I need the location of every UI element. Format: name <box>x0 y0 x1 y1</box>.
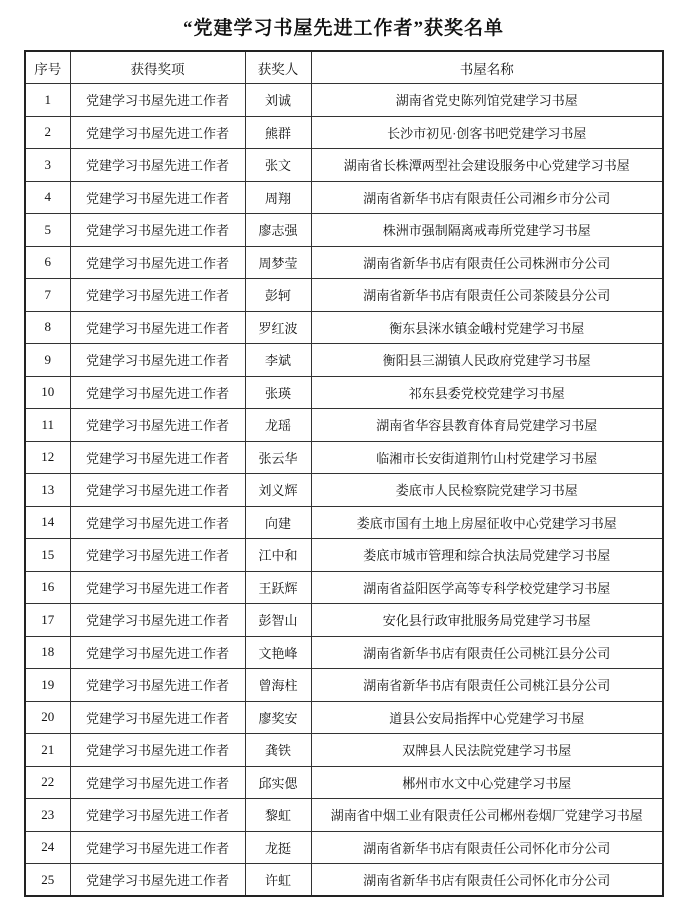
cell-award-name: 党建学习书屋先进工作者 <box>70 409 245 442</box>
cell-winner-name: 张云华 <box>245 441 311 474</box>
cell-award-name: 党建学习书屋先进工作者 <box>70 441 245 474</box>
cell-award-name: 党建学习书屋先进工作者 <box>70 474 245 507</box>
cell-row-index: 5 <box>25 214 70 247</box>
table-row: 14党建学习书屋先进工作者向建娄底市国有土地上房屋征收中心党建学习书屋 <box>25 506 663 539</box>
table-row: 12党建学习书屋先进工作者张云华临湘市长安街道荆竹山村党建学习书屋 <box>25 441 663 474</box>
cell-award-name: 党建学习书屋先进工作者 <box>70 864 245 897</box>
column-header-room-name: 书屋名称 <box>311 51 663 84</box>
table-row: 24党建学习书屋先进工作者龙挺湖南省新华书店有限责任公司怀化市分公司 <box>25 831 663 864</box>
cell-row-index: 2 <box>25 116 70 149</box>
cell-room-name: 郴州市水文中心党建学习书屋 <box>311 766 663 799</box>
cell-winner-name: 周翔 <box>245 181 311 214</box>
table-row: 10党建学习书屋先进工作者张瑛祁东县委党校党建学习书屋 <box>25 376 663 409</box>
cell-award-name: 党建学习书屋先进工作者 <box>70 376 245 409</box>
table-row: 22党建学习书屋先进工作者邱实偲郴州市水文中心党建学习书屋 <box>25 766 663 799</box>
cell-award-name: 党建学习书屋先进工作者 <box>70 344 245 377</box>
cell-row-index: 13 <box>25 474 70 507</box>
cell-award-name: 党建学习书屋先进工作者 <box>70 831 245 864</box>
cell-award-name: 党建学习书屋先进工作者 <box>70 766 245 799</box>
cell-room-name: 娄底市人民检察院党建学习书屋 <box>311 474 663 507</box>
cell-row-index: 22 <box>25 766 70 799</box>
cell-row-index: 7 <box>25 279 70 312</box>
table-row: 21党建学习书屋先进工作者龚铁双牌县人民法院党建学习书屋 <box>25 734 663 767</box>
cell-row-index: 23 <box>25 799 70 832</box>
cell-room-name: 湖南省新华书店有限责任公司怀化市分公司 <box>311 831 663 864</box>
cell-room-name: 衡阳县三湖镇人民政府党建学习书屋 <box>311 344 663 377</box>
cell-row-index: 11 <box>25 409 70 442</box>
cell-winner-name: 许虹 <box>245 864 311 897</box>
cell-row-index: 25 <box>25 864 70 897</box>
cell-winner-name: 江中和 <box>245 539 311 572</box>
cell-row-index: 15 <box>25 539 70 572</box>
cell-award-name: 党建学习书屋先进工作者 <box>70 181 245 214</box>
cell-award-name: 党建学习书屋先进工作者 <box>70 214 245 247</box>
cell-room-name: 双牌县人民法院党建学习书屋 <box>311 734 663 767</box>
table-row: 13党建学习书屋先进工作者刘义辉娄底市人民检察院党建学习书屋 <box>25 474 663 507</box>
table-row: 8党建学习书屋先进工作者罗红波衡东县洣水镇金峨村党建学习书屋 <box>25 311 663 344</box>
cell-winner-name: 龙瑶 <box>245 409 311 442</box>
cell-row-index: 19 <box>25 669 70 702</box>
table-row: 3党建学习书屋先进工作者张文湖南省长株潭两型社会建设服务中心党建学习书屋 <box>25 149 663 182</box>
cell-award-name: 党建学习书屋先进工作者 <box>70 636 245 669</box>
cell-award-name: 党建学习书屋先进工作者 <box>70 604 245 637</box>
table-row: 18党建学习书屋先进工作者文艳峰湖南省新华书店有限责任公司桃江县分公司 <box>25 636 663 669</box>
table-body: 1党建学习书屋先进工作者刘诚湖南省党史陈列馆党建学习书屋2党建学习书屋先进工作者… <box>25 84 663 897</box>
table-row: 11党建学习书屋先进工作者龙瑶湖南省华容县教育体育局党建学习书屋 <box>25 409 663 442</box>
cell-award-name: 党建学习书屋先进工作者 <box>70 279 245 312</box>
cell-room-name: 湖南省益阳医学高等专科学校党建学习书屋 <box>311 571 663 604</box>
cell-award-name: 党建学习书屋先进工作者 <box>70 311 245 344</box>
cell-winner-name: 龙挺 <box>245 831 311 864</box>
cell-winner-name: 廖奖安 <box>245 701 311 734</box>
table-row: 6党建学习书屋先进工作者周梦莹湖南省新华书店有限责任公司株洲市分公司 <box>25 246 663 279</box>
cell-row-index: 12 <box>25 441 70 474</box>
table-row: 15党建学习书屋先进工作者江中和娄底市城市管理和综合执法局党建学习书屋 <box>25 539 663 572</box>
cell-winner-name: 刘义辉 <box>245 474 311 507</box>
cell-award-name: 党建学习书屋先进工作者 <box>70 539 245 572</box>
cell-row-index: 16 <box>25 571 70 604</box>
cell-row-index: 6 <box>25 246 70 279</box>
cell-row-index: 8 <box>25 311 70 344</box>
table-row: 23党建学习书屋先进工作者黎虹湖南省中烟工业有限责任公司郴州卷烟厂党建学习书屋 <box>25 799 663 832</box>
cell-winner-name: 黎虹 <box>245 799 311 832</box>
cell-room-name: 祁东县委党校党建学习书屋 <box>311 376 663 409</box>
cell-award-name: 党建学习书屋先进工作者 <box>70 149 245 182</box>
cell-winner-name: 罗红波 <box>245 311 311 344</box>
cell-row-index: 24 <box>25 831 70 864</box>
cell-award-name: 党建学习书屋先进工作者 <box>70 701 245 734</box>
cell-room-name: 湖南省新华书店有限责任公司怀化市分公司 <box>311 864 663 897</box>
table-row: 20党建学习书屋先进工作者廖奖安道县公安局指挥中心党建学习书屋 <box>25 701 663 734</box>
table-row: 2党建学习书屋先进工作者熊群长沙市初见·创客书吧党建学习书屋 <box>25 116 663 149</box>
cell-winner-name: 张文 <box>245 149 311 182</box>
cell-room-name: 湖南省新华书店有限责任公司茶陵县分公司 <box>311 279 663 312</box>
cell-row-index: 1 <box>25 84 70 117</box>
table-header-row: 序号 获得奖项 获奖人 书屋名称 <box>25 51 663 84</box>
page-title: “党建学习书屋先进工作者”获奖名单 <box>0 13 687 40</box>
cell-room-name: 湖南省新华书店有限责任公司桃江县分公司 <box>311 636 663 669</box>
cell-room-name: 株洲市强制隔离戒毒所党建学习书屋 <box>311 214 663 247</box>
table-row: 17党建学习书屋先进工作者彭智山安化县行政审批服务局党建学习书屋 <box>25 604 663 637</box>
cell-winner-name: 周梦莹 <box>245 246 311 279</box>
cell-row-index: 4 <box>25 181 70 214</box>
table-row: 25党建学习书屋先进工作者许虹湖南省新华书店有限责任公司怀化市分公司 <box>25 864 663 897</box>
cell-award-name: 党建学习书屋先进工作者 <box>70 506 245 539</box>
cell-award-name: 党建学习书屋先进工作者 <box>70 246 245 279</box>
cell-winner-name: 刘诚 <box>245 84 311 117</box>
table-row: 19党建学习书屋先进工作者曾海柱湖南省新华书店有限责任公司桃江县分公司 <box>25 669 663 702</box>
cell-room-name: 湖南省中烟工业有限责任公司郴州卷烟厂党建学习书屋 <box>311 799 663 832</box>
column-header-index: 序号 <box>25 51 70 84</box>
cell-row-index: 10 <box>25 376 70 409</box>
table-row: 1党建学习书屋先进工作者刘诚湖南省党史陈列馆党建学习书屋 <box>25 84 663 117</box>
cell-winner-name: 廖志强 <box>245 214 311 247</box>
cell-winner-name: 熊群 <box>245 116 311 149</box>
document-page: “党建学习书屋先进工作者”获奖名单 序号 获得奖项 获奖人 书屋名称 1党建学习… <box>0 0 687 915</box>
cell-award-name: 党建学习书屋先进工作者 <box>70 84 245 117</box>
cell-room-name: 湖南省华容县教育体育局党建学习书屋 <box>311 409 663 442</box>
cell-room-name: 湖南省长株潭两型社会建设服务中心党建学习书屋 <box>311 149 663 182</box>
cell-row-index: 18 <box>25 636 70 669</box>
award-table: 序号 获得奖项 获奖人 书屋名称 1党建学习书屋先进工作者刘诚湖南省党史陈列馆党… <box>24 50 664 897</box>
cell-row-index: 3 <box>25 149 70 182</box>
cell-winner-name: 彭智山 <box>245 604 311 637</box>
cell-row-index: 14 <box>25 506 70 539</box>
cell-row-index: 20 <box>25 701 70 734</box>
cell-winner-name: 曾海柱 <box>245 669 311 702</box>
cell-room-name: 道县公安局指挥中心党建学习书屋 <box>311 701 663 734</box>
table-row: 16党建学习书屋先进工作者王跃辉湖南省益阳医学高等专科学校党建学习书屋 <box>25 571 663 604</box>
cell-room-name: 衡东县洣水镇金峨村党建学习书屋 <box>311 311 663 344</box>
cell-room-name: 娄底市国有土地上房屋征收中心党建学习书屋 <box>311 506 663 539</box>
cell-winner-name: 彭轲 <box>245 279 311 312</box>
cell-winner-name: 李斌 <box>245 344 311 377</box>
column-header-award: 获得奖项 <box>70 51 245 84</box>
cell-award-name: 党建学习书屋先进工作者 <box>70 571 245 604</box>
cell-winner-name: 向建 <box>245 506 311 539</box>
cell-room-name: 湖南省党史陈列馆党建学习书屋 <box>311 84 663 117</box>
cell-award-name: 党建学习书屋先进工作者 <box>70 734 245 767</box>
cell-winner-name: 龚铁 <box>245 734 311 767</box>
cell-room-name: 湖南省新华书店有限责任公司株洲市分公司 <box>311 246 663 279</box>
cell-winner-name: 邱实偲 <box>245 766 311 799</box>
table-row: 9党建学习书屋先进工作者李斌衡阳县三湖镇人民政府党建学习书屋 <box>25 344 663 377</box>
cell-winner-name: 张瑛 <box>245 376 311 409</box>
table-row: 5党建学习书屋先进工作者廖志强株洲市强制隔离戒毒所党建学习书屋 <box>25 214 663 247</box>
cell-room-name: 临湘市长安街道荆竹山村党建学习书屋 <box>311 441 663 474</box>
cell-winner-name: 王跃辉 <box>245 571 311 604</box>
cell-award-name: 党建学习书屋先进工作者 <box>70 799 245 832</box>
cell-row-index: 21 <box>25 734 70 767</box>
cell-award-name: 党建学习书屋先进工作者 <box>70 669 245 702</box>
table-row: 7党建学习书屋先进工作者彭轲湖南省新华书店有限责任公司茶陵县分公司 <box>25 279 663 312</box>
column-header-winner: 获奖人 <box>245 51 311 84</box>
cell-room-name: 长沙市初见·创客书吧党建学习书屋 <box>311 116 663 149</box>
cell-room-name: 安化县行政审批服务局党建学习书屋 <box>311 604 663 637</box>
cell-room-name: 湖南省新华书店有限责任公司湘乡市分公司 <box>311 181 663 214</box>
cell-row-index: 9 <box>25 344 70 377</box>
table-row: 4党建学习书屋先进工作者周翔湖南省新华书店有限责任公司湘乡市分公司 <box>25 181 663 214</box>
cell-winner-name: 文艳峰 <box>245 636 311 669</box>
cell-room-name: 湖南省新华书店有限责任公司桃江县分公司 <box>311 669 663 702</box>
cell-room-name: 娄底市城市管理和综合执法局党建学习书屋 <box>311 539 663 572</box>
cell-award-name: 党建学习书屋先进工作者 <box>70 116 245 149</box>
cell-row-index: 17 <box>25 604 70 637</box>
